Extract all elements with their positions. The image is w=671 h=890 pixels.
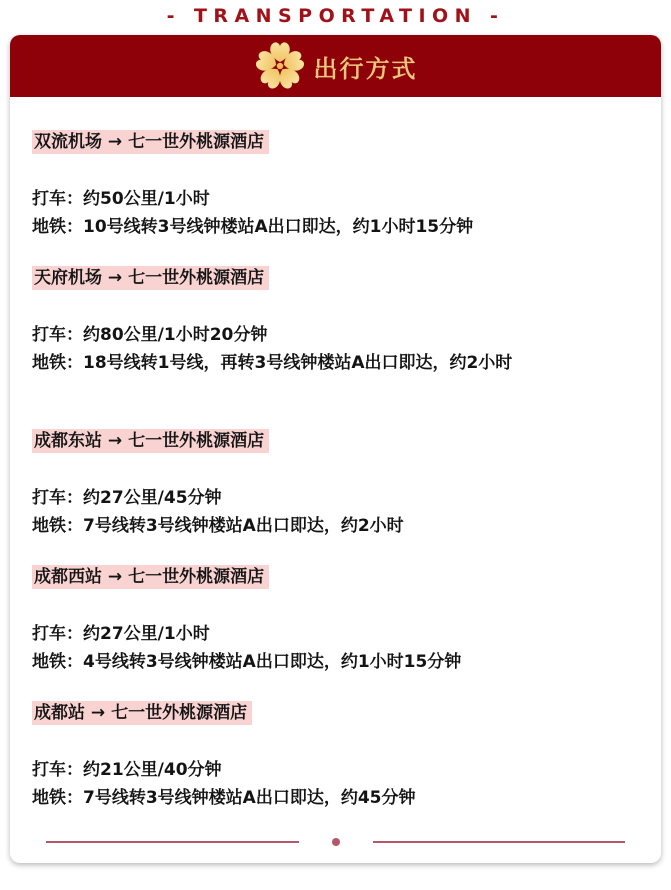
divider-line-left <box>46 841 299 843</box>
taxi-info: 打车：约50公里/1小时 <box>32 185 639 213</box>
route-heading: 双流机场 → 七一世外桃源酒店 <box>32 130 269 154</box>
metro-info: 地铁：4号线转3号线钟楼站A出口即达，约1小时15分钟 <box>32 648 639 676</box>
card-header: 出行方式 <box>10 35 661 97</box>
divider-line-right <box>373 841 626 843</box>
card-content: 双流机场 → 七一世外桃源酒店 打车：约50公里/1小时 地铁：10号线转3号线… <box>10 97 661 863</box>
route-heading: 天府机场 → 七一世外桃源酒店 <box>32 266 269 290</box>
route-heading-row: 成都站 → 七一世外桃源酒店 <box>32 701 639 725</box>
route-heading-row: 成都东站 → 七一世外桃源酒店 <box>32 429 639 453</box>
route-section-chengdu-east-station: 成都东站 → 七一世外桃源酒店 打车：约27公里/45分钟 地铁：7号线转3号线… <box>32 402 639 540</box>
route-heading: 成都东站 → 七一世外桃源酒店 <box>32 429 269 453</box>
metro-info: 地铁：18号线转1号线，再转3号线钟楼站A出口即达，约2小时 <box>32 349 639 377</box>
plum-blossom-icon <box>254 40 306 92</box>
route-heading-row: 天府机场 → 七一世外桃源酒店 <box>32 266 639 290</box>
route-heading-row: 成都西站 → 七一世外桃源酒店 <box>32 565 639 589</box>
metro-info: 地铁：7号线转3号线钟楼站A出口即达，约2小时 <box>32 512 639 540</box>
metro-info: 地铁：7号线转3号线钟楼站A出口即达，约45分钟 <box>32 784 639 812</box>
route-section-shuangliu-airport: 双流机场 → 七一世外桃源酒店 打车：约50公里/1小时 地铁：10号线转3号线… <box>32 130 639 241</box>
divider-dot <box>332 838 340 846</box>
metro-info: 地铁：10号线转3号线钟楼站A出口即达，约1小时15分钟 <box>32 213 639 241</box>
taxi-info: 打车：约80公里/1小时20分钟 <box>32 321 639 349</box>
page: - TRANSPORTATION - <box>0 0 671 890</box>
transportation-card: 出行方式 双流机场 → 七一世外桃源酒店 打车：约50公里/1小时 地铁：10号… <box>10 35 661 863</box>
card-header-title: 出行方式 <box>314 49 418 84</box>
route-heading: 成都西站 → 七一世外桃源酒店 <box>32 565 269 589</box>
page-title: - TRANSPORTATION - <box>0 0 671 35</box>
route-section-tianfu-airport: 天府机场 → 七一世外桃源酒店 打车：约80公里/1小时20分钟 地铁：18号线… <box>32 266 639 377</box>
route-heading-row: 双流机场 → 七一世外桃源酒店 <box>32 130 639 154</box>
taxi-info: 打车：约21公里/40分钟 <box>32 756 639 784</box>
route-section-chengdu-station: 成都站 → 七一世外桃源酒店 打车：约21公里/40分钟 地铁：7号线转3号线钟… <box>32 701 639 812</box>
footer-divider <box>46 837 625 847</box>
route-section-chengdu-west-station: 成都西站 → 七一世外桃源酒店 打车：约27公里/1小时 地铁：4号线转3号线钟… <box>32 565 639 676</box>
taxi-info: 打车：约27公里/1小时 <box>32 620 639 648</box>
route-heading: 成都站 → 七一世外桃源酒店 <box>32 701 252 725</box>
taxi-info: 打车：约27公里/45分钟 <box>32 484 639 512</box>
